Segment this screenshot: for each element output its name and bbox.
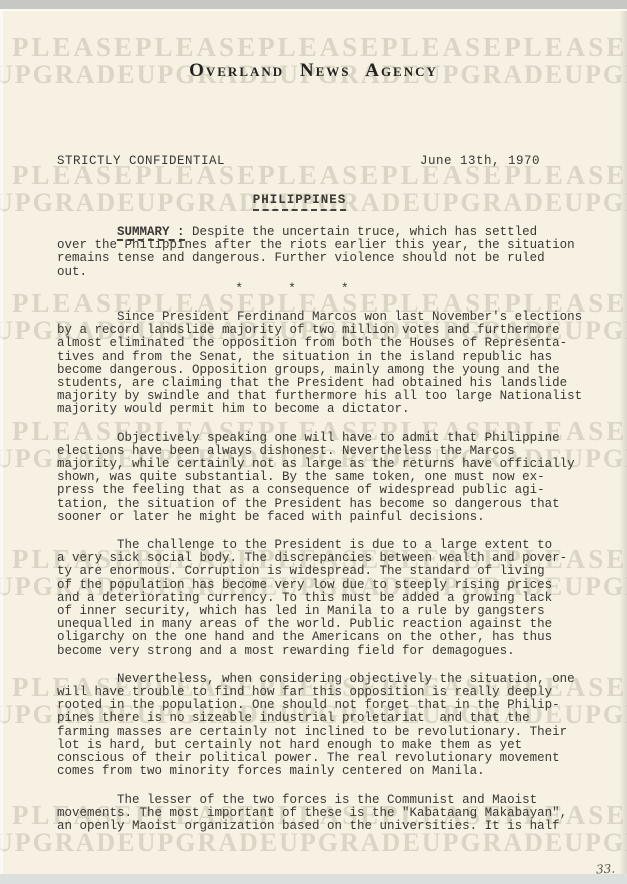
body-line: ty are enormous. Corruption is widesprea… <box>57 565 582 578</box>
body-line: comes from two minority forces mainly ce… <box>57 765 582 778</box>
body-line: an openly Maoist organization based on t… <box>57 820 582 833</box>
body-line: farming masses are certainly not incline… <box>57 726 582 739</box>
body-line: tives and from the Senat, the situation … <box>57 351 582 364</box>
body-line: movements. The most important of these i… <box>57 807 582 820</box>
summary-first-line-text: Despite the uncertain truce, which has s… <box>185 225 538 239</box>
scan-edge-right <box>619 0 627 884</box>
body-line: Objectively speaking one will have to ad… <box>57 432 582 445</box>
scanned-document-page: PLEASEPLEASEPLEASEPLEASEPLEASEUPGRADEUPG… <box>0 0 627 884</box>
title-wrap: PHILIPPINES <box>0 190 613 211</box>
summary-indent <box>57 225 117 239</box>
agency-letterhead: Overland News Agency <box>0 60 627 82</box>
body-line: tation, the situation of the President h… <box>57 498 582 511</box>
scan-edge-left <box>0 0 3 884</box>
body-paragraphs: Since President Ferdinand Marcos won las… <box>57 311 582 848</box>
asterisk-separator: * * * <box>0 281 606 296</box>
body-line: oligarchy on the one hand and the Americ… <box>57 631 582 644</box>
scan-edge-bottom <box>0 874 627 884</box>
document-title: PHILIPPINES <box>253 193 347 211</box>
document-date: June 13th, 1970 <box>420 154 540 168</box>
summary-block: SUMMARY : Despite the uncertain truce, w… <box>57 226 575 279</box>
paragraph: The challenge to the President is due to… <box>57 539 582 658</box>
paragraph: Objectively speaking one will have to ad… <box>57 432 582 524</box>
body-line: sooner or later he might be faced with p… <box>57 511 582 524</box>
paragraph: The lesser of the two forces is the Comm… <box>57 794 582 834</box>
paragraph: Nevertheless, when considering objective… <box>57 673 582 779</box>
body-line: press the feeling that as a consequence … <box>57 484 582 497</box>
body-line: The lesser of the two forces is the Comm… <box>57 794 582 807</box>
body-line: become very strong and a most rewarding … <box>57 645 582 658</box>
scan-edge-top <box>0 0 627 11</box>
summary-line: remains tense and dangerous. Further vio… <box>57 252 575 265</box>
document-content: Overland News Agency STRICTLY CONFIDENTI… <box>0 0 627 884</box>
paragraph: Since President Ferdinand Marcos won las… <box>57 311 582 417</box>
meta-row: STRICTLY CONFIDENTIAL June 13th, 1970 <box>57 154 540 168</box>
body-line: majority would permit him to become a di… <box>57 403 582 416</box>
classification-label: STRICTLY CONFIDENTIAL <box>57 154 225 168</box>
body-line: pines there is no sizeable industrial pr… <box>57 712 582 725</box>
summary-line: out. <box>57 266 575 279</box>
body-line: of the population has become very low du… <box>57 579 582 592</box>
body-line: almost eliminated the opposition from bo… <box>57 337 582 350</box>
